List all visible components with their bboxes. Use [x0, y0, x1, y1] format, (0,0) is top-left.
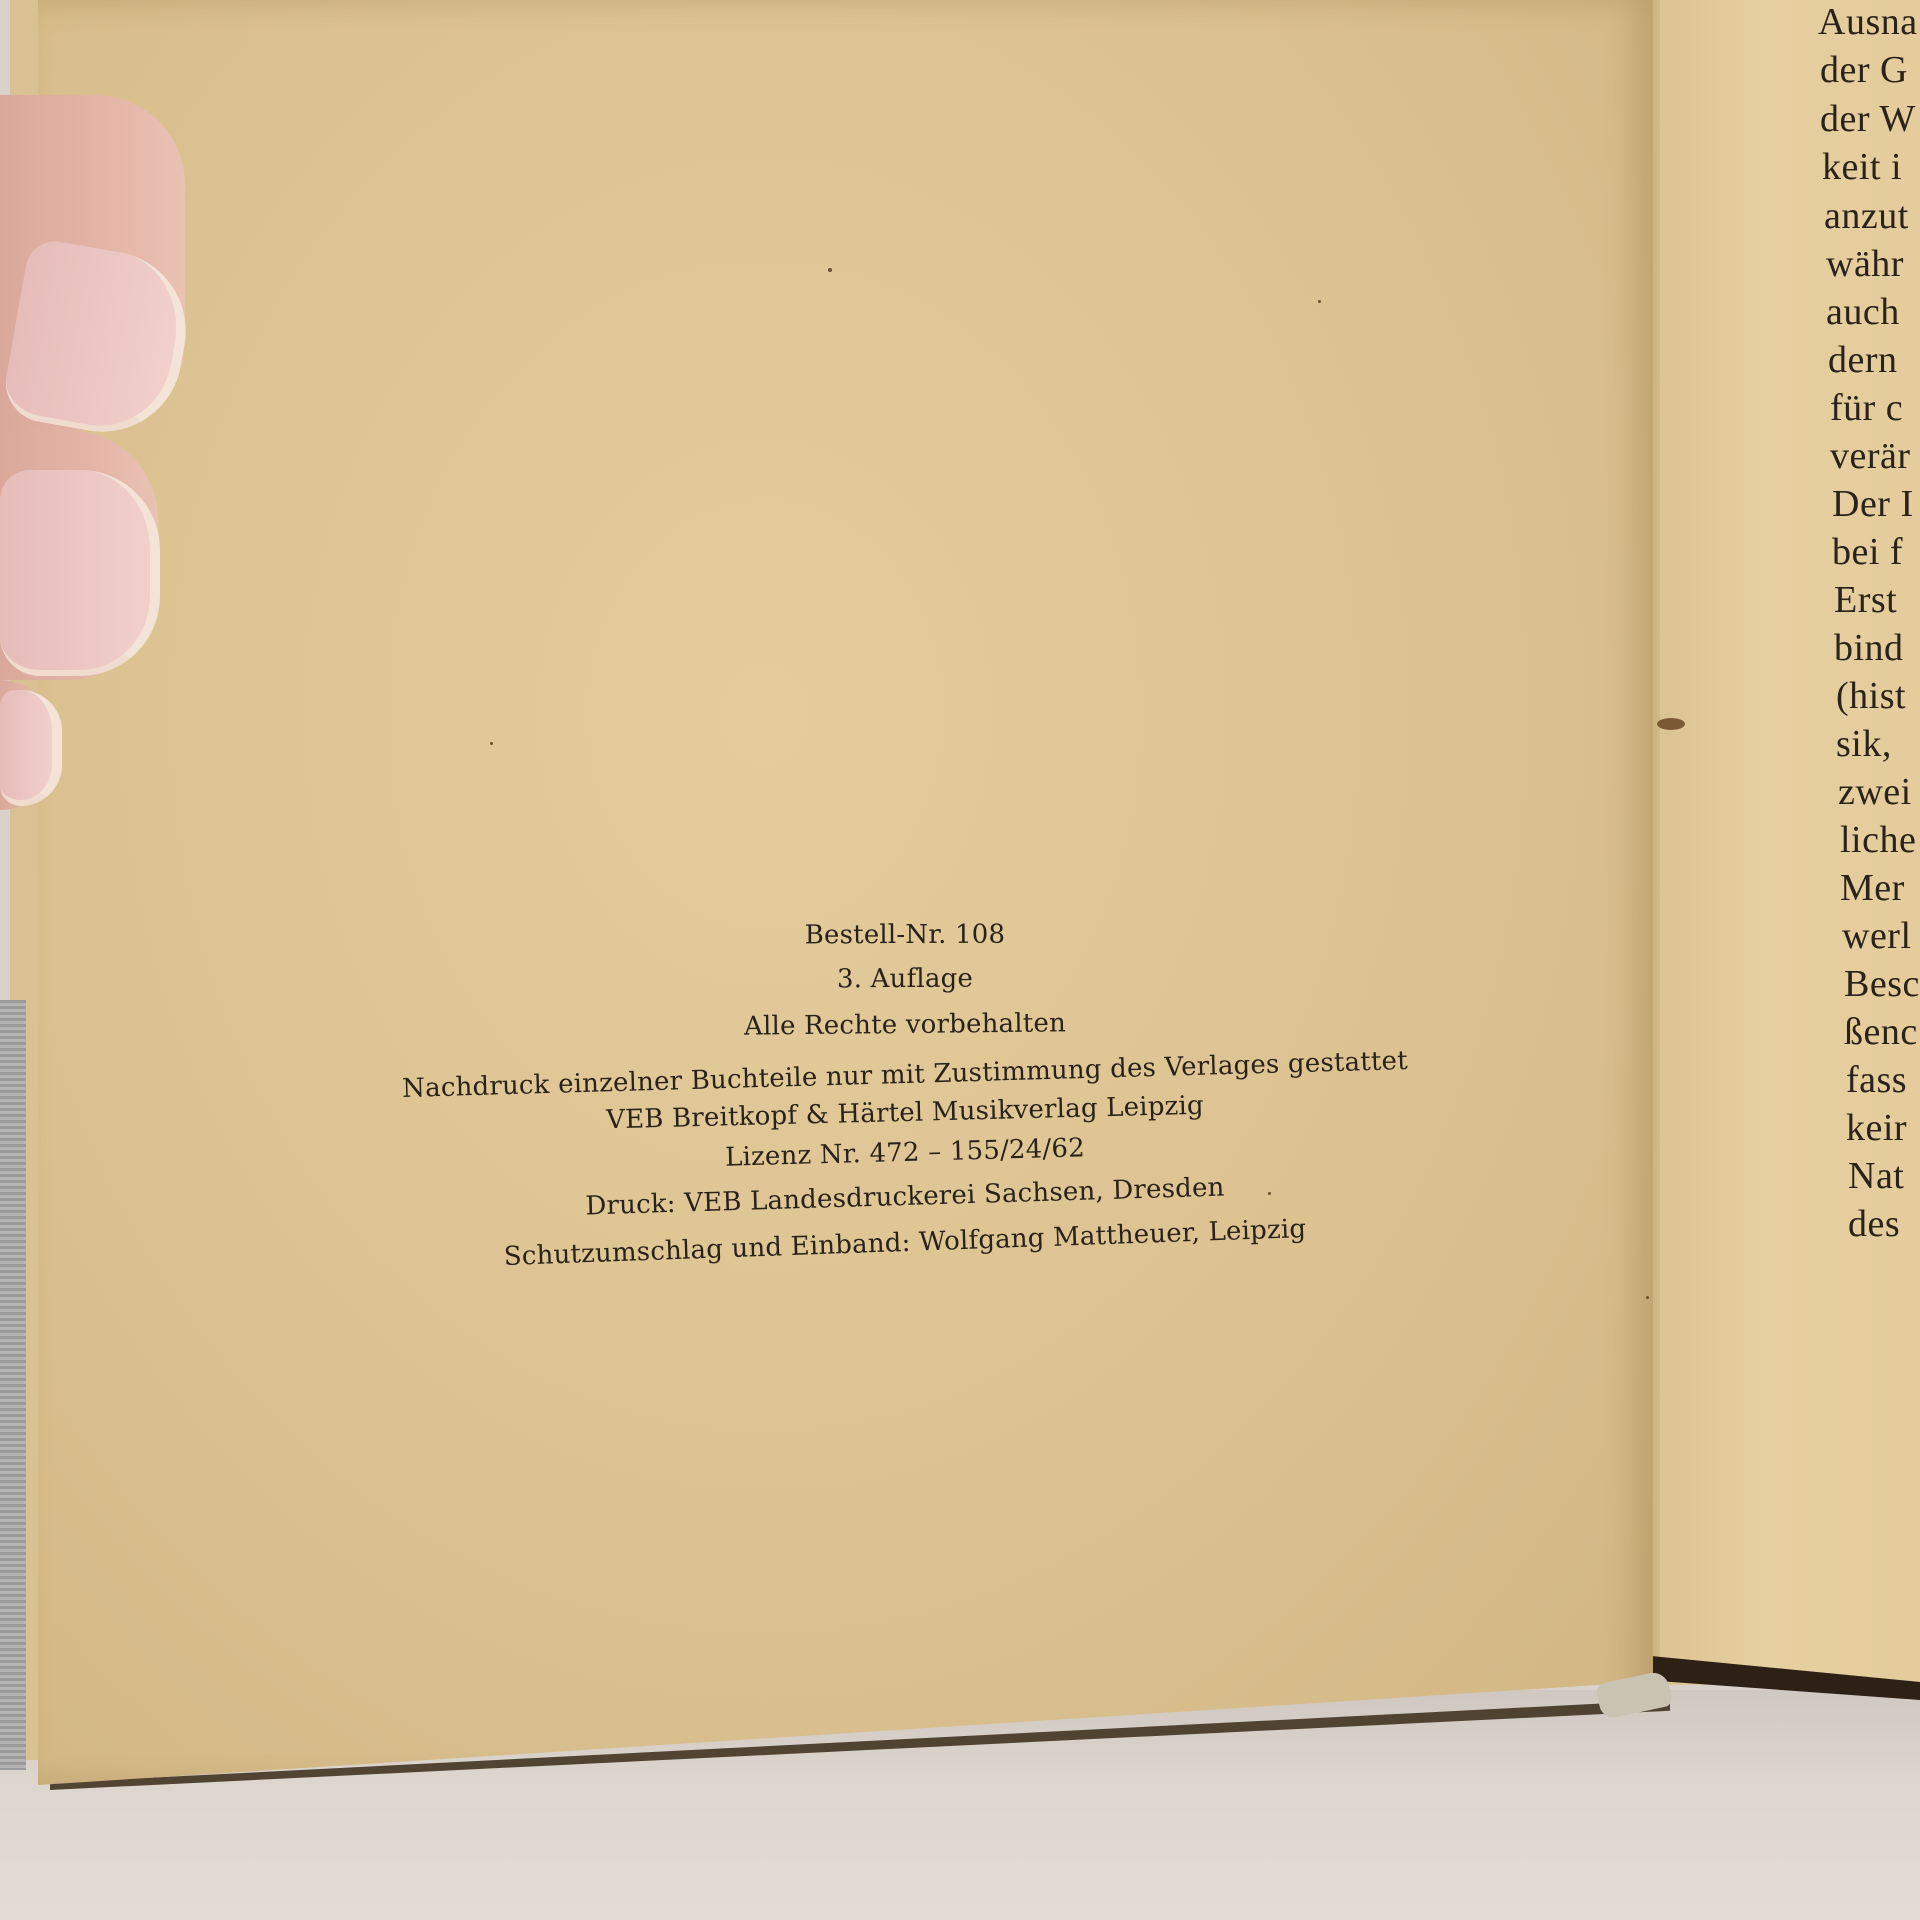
photo-scene: Bestell-Nr. 108 3. Auflage Alle Rechte v…	[0, 0, 1920, 1920]
text-fragment: fass	[1846, 1058, 1907, 1102]
paper-speck	[1646, 1296, 1649, 1299]
text-fragment: Ausna	[1818, 0, 1918, 44]
text-fragment: Besc	[1844, 962, 1920, 1006]
paper-speck	[828, 268, 832, 272]
text-fragment: bei f	[1832, 530, 1903, 574]
order-number: Bestell-Nr. 108	[330, 918, 1480, 952]
text-fragment: Mer	[1840, 866, 1905, 910]
paper-speck	[1318, 300, 1321, 303]
text-fragment: des	[1848, 1202, 1900, 1246]
text-fragment: auch	[1826, 290, 1900, 334]
text-fragment: keit i	[1822, 145, 1902, 189]
text-fragment: bind	[1834, 626, 1904, 670]
text-fragment: der W	[1820, 97, 1916, 141]
text-fragment: Der I	[1832, 482, 1914, 526]
text-fragment: liche	[1840, 818, 1916, 862]
text-fragment: sik,	[1836, 722, 1892, 766]
paper-damage-mark	[1657, 718, 1685, 730]
text-fragment: der G	[1820, 48, 1908, 92]
edition: 3. Auflage	[330, 961, 1480, 997]
text-fragment: zwei	[1838, 770, 1912, 814]
text-fragment: verär	[1830, 434, 1911, 478]
text-fragment: für c	[1830, 386, 1903, 430]
paper-speck	[490, 742, 493, 745]
text-fragment: ßenc	[1844, 1010, 1918, 1054]
text-fragment: währ	[1826, 242, 1904, 286]
cloth-cover-edge	[0, 1000, 26, 1770]
text-fragment: Erst	[1834, 578, 1897, 622]
left-page	[38, 0, 1653, 1785]
text-fragment: Nat	[1848, 1154, 1904, 1198]
fingernail	[0, 470, 160, 676]
text-fragment: anzut	[1824, 194, 1909, 238]
text-fragment: keir	[1846, 1106, 1907, 1150]
text-fragment: werl	[1842, 914, 1912, 958]
text-fragment: (hist	[1836, 674, 1906, 718]
text-fragment: dern	[1828, 338, 1898, 382]
fingernail	[0, 690, 62, 806]
